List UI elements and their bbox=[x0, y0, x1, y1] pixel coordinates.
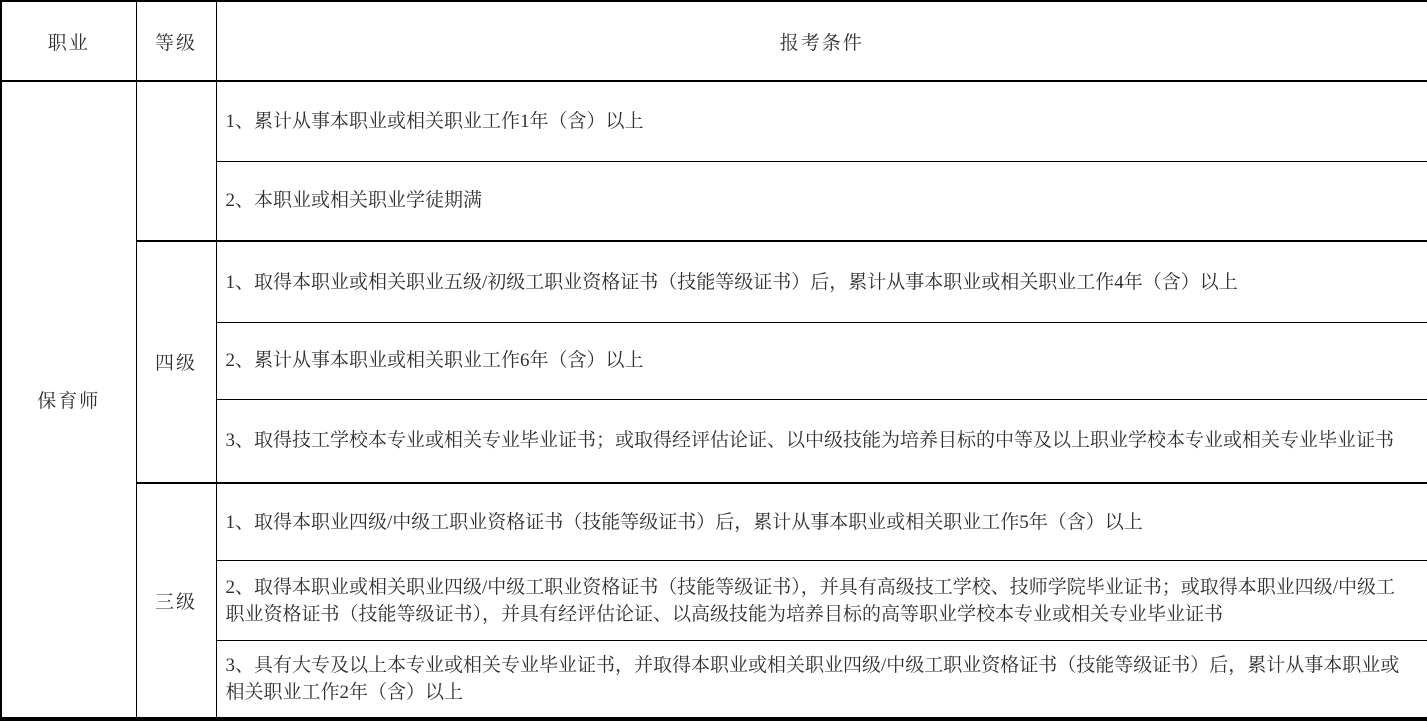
document-page: 职业 等级 报考条件 保育师 1、累计从事本职业或相关职业工作1年（含）以上 2… bbox=[0, 0, 1427, 721]
table-header-row: 职业 等级 报考条件 bbox=[1, 1, 1427, 81]
condition-cell: 3、取得技工学校本专业或相关专业毕业证书；或取得经评估论证、以中级技能为培养目标… bbox=[216, 399, 1427, 483]
column-header-occupation: 职业 bbox=[1, 1, 136, 81]
condition-cell: 1、累计从事本职业或相关职业工作1年（含）以上 bbox=[216, 81, 1427, 161]
condition-cell: 1、取得本职业四级/中级工职业资格证书（技能等级证书）后，累计从事本职业或相关职… bbox=[216, 483, 1427, 560]
level-cell-redacted bbox=[136, 81, 216, 240]
column-header-conditions: 报考条件 bbox=[216, 1, 1427, 81]
table-row: 保育师 1、累计从事本职业或相关职业工作1年（含）以上 bbox=[1, 81, 1427, 161]
condition-cell: 2、取得本职业或相关职业四级/中级工职业资格证书（技能等级证书），并具有高级技工… bbox=[216, 561, 1427, 641]
level-cell-four: 四级 bbox=[136, 241, 216, 484]
table-row: 四级 1、取得本职业或相关职业五级/初级工职业资格证书（技能等级证书）后，累计从… bbox=[1, 241, 1427, 323]
qualification-requirements-table: 职业 等级 报考条件 保育师 1、累计从事本职业或相关职业工作1年（含）以上 2… bbox=[0, 0, 1427, 721]
level-cell-three: 三级 bbox=[136, 483, 216, 719]
occupation-cell: 保育师 bbox=[1, 81, 136, 719]
table-row: 三级 1、取得本职业四级/中级工职业资格证书（技能等级证书）后，累计从事本职业或… bbox=[1, 483, 1427, 560]
condition-cell: 1、取得本职业或相关职业五级/初级工职业资格证书（技能等级证书）后，累计从事本职… bbox=[216, 241, 1427, 323]
condition-cell: 2、本职业或相关职业学徒期满 bbox=[216, 161, 1427, 240]
condition-cell: 3、具有大专及以上本专业或相关专业毕业证书，并取得本职业或相关职业四级/中级工职… bbox=[216, 641, 1427, 719]
condition-cell: 2、累计从事本职业或相关职业工作6年（含）以上 bbox=[216, 323, 1427, 399]
column-header-level: 等级 bbox=[136, 1, 216, 81]
